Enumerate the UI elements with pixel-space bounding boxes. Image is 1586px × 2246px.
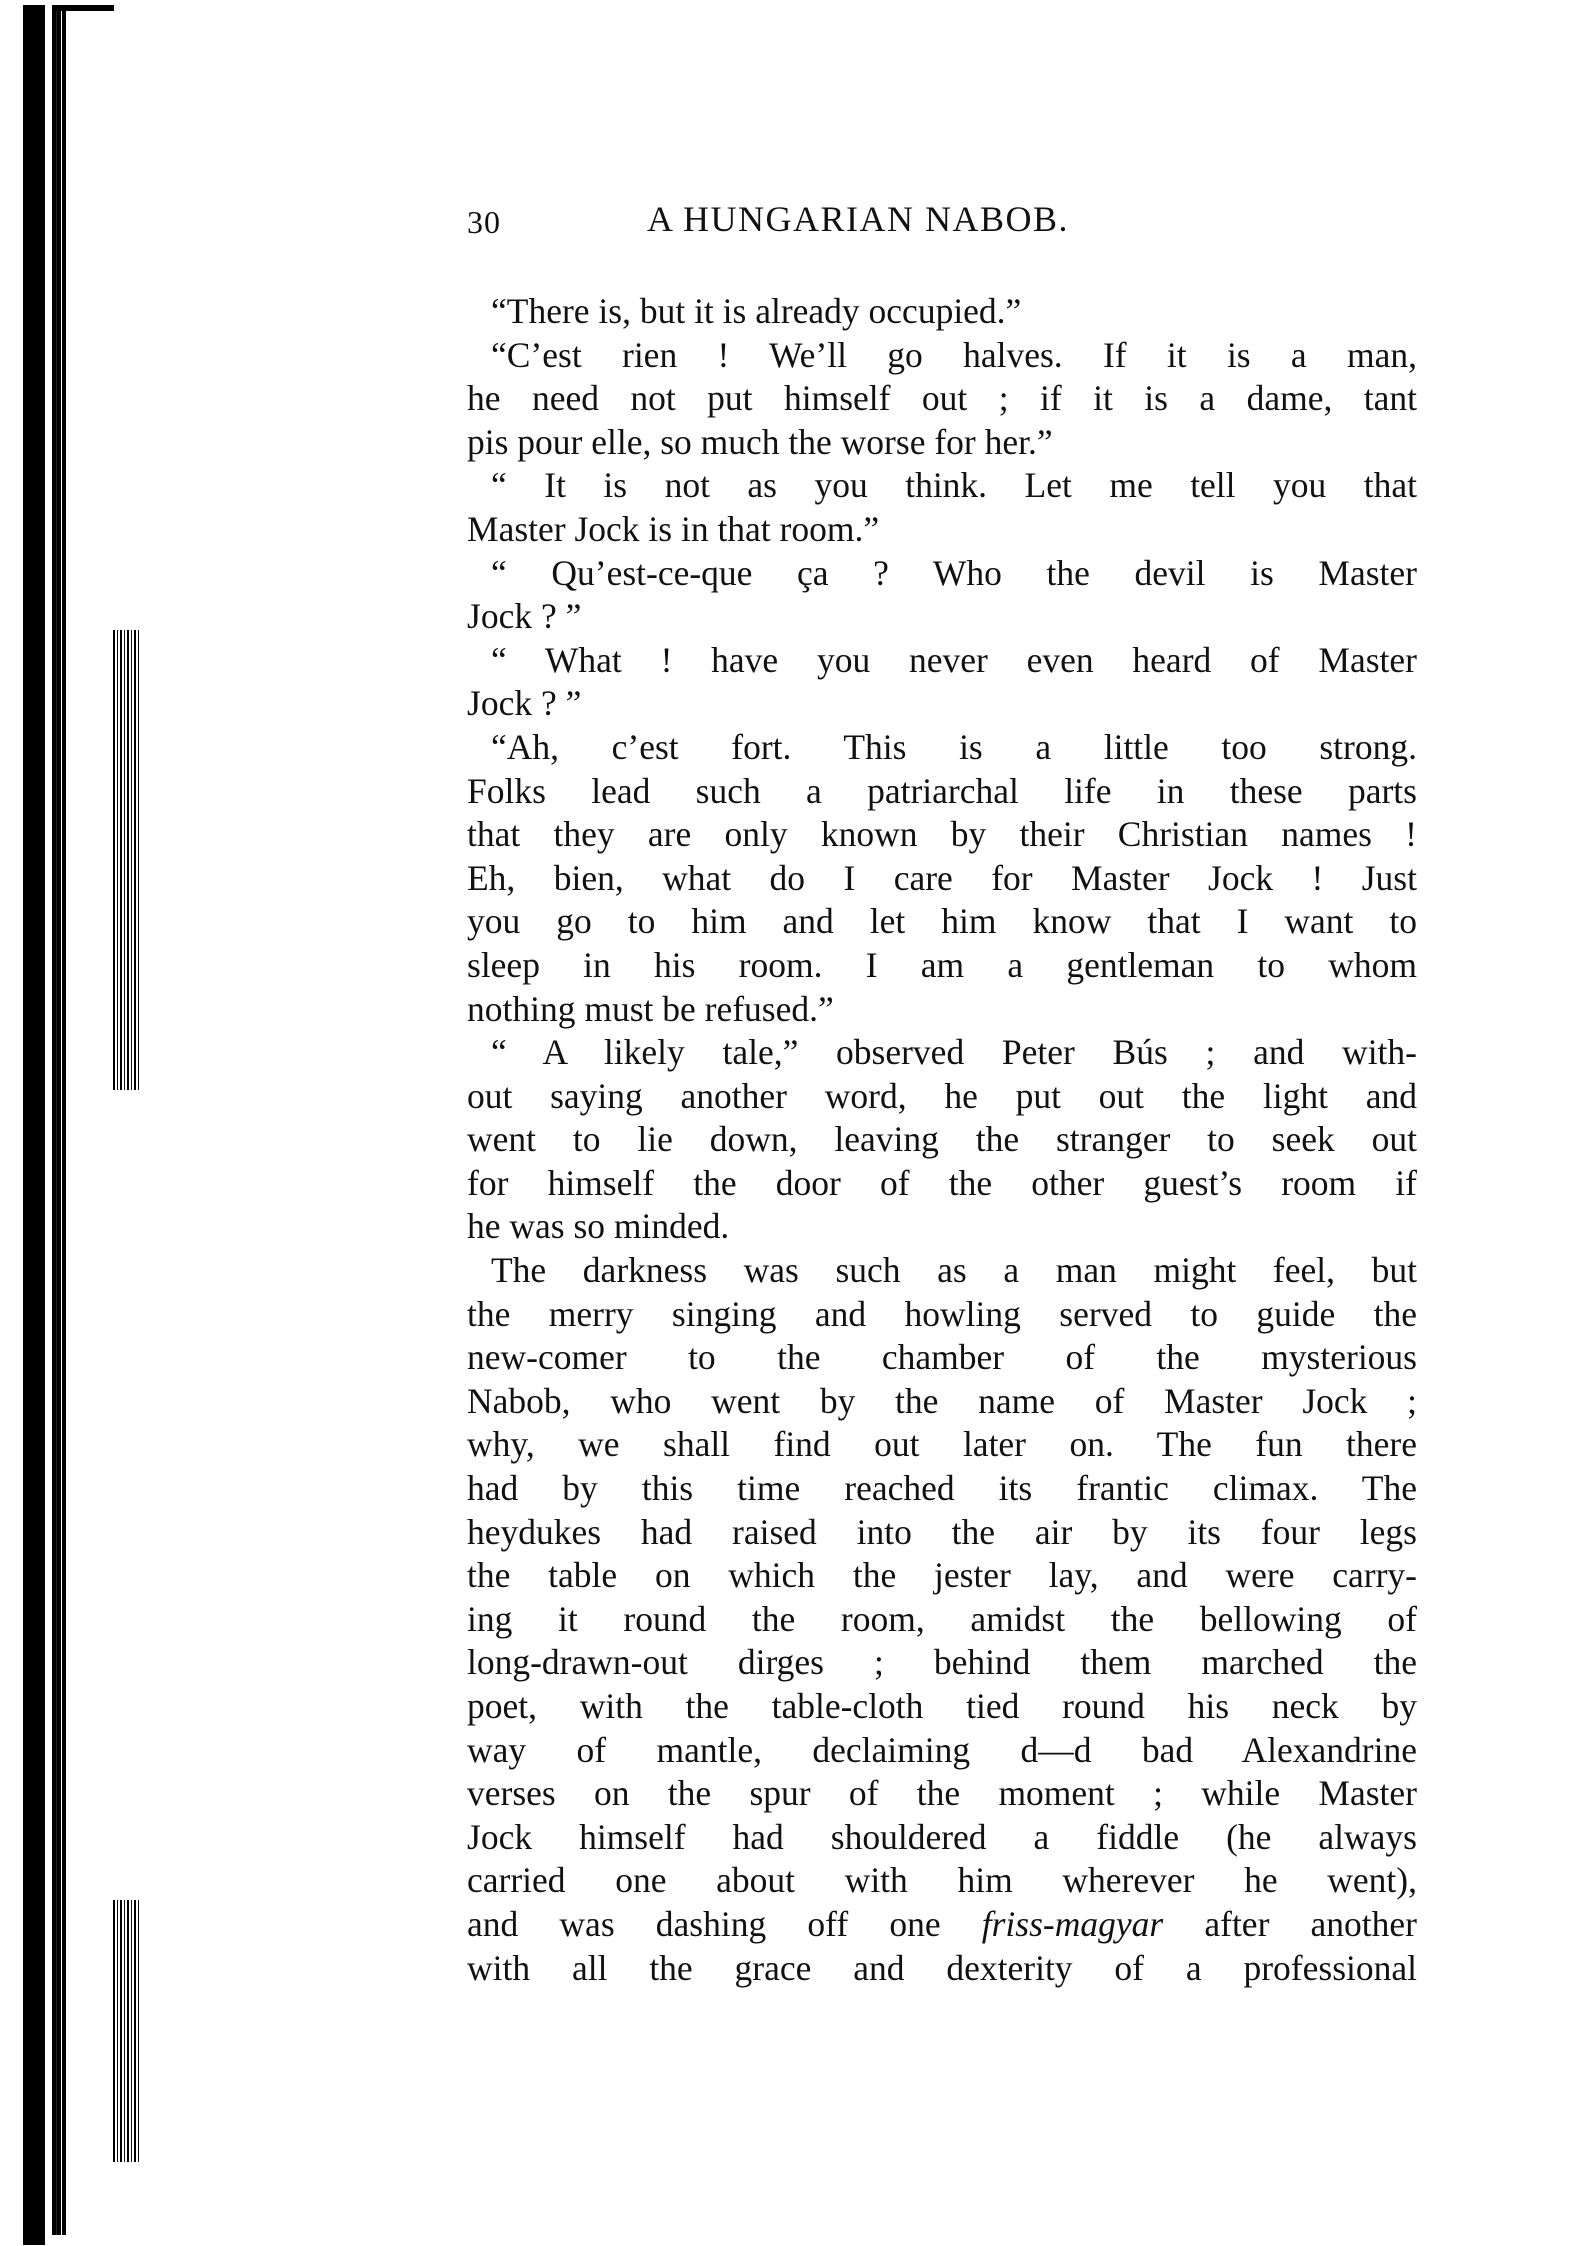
text-line: the merry singing and howling served to … [467, 1293, 1417, 1337]
text-line: Folks lead such a patriarchal life in th… [467, 770, 1417, 814]
text-line: Eh, bien, what do I care for Master Jock… [467, 857, 1417, 901]
text-line: new-comer to the chamber of the mysterio… [467, 1336, 1417, 1380]
text-line: the table on which the jester lay, and w… [467, 1554, 1417, 1598]
running-title: A HUNGARIAN NABOB. [647, 198, 1069, 240]
binding-striation-upper [113, 630, 141, 1090]
text-segment: and was dashing off one [467, 1904, 982, 1944]
running-head: 30 A HUNGARIAN NABOB. [467, 198, 1417, 258]
text-line: sleep in his room. I am a gentleman to w… [467, 944, 1417, 988]
text-line: ing it round the room, amidst the bellow… [467, 1598, 1417, 1642]
text-line: with all the grace and dexterity of a pr… [467, 1947, 1417, 1991]
text-line: went to lie down, leaving the stranger t… [467, 1118, 1417, 1162]
text-line: verses on the spur of the moment ; while… [467, 1772, 1417, 1816]
text-line: Master Jock is in that room.” [467, 508, 1417, 552]
text-line: way of mantle, declaiming d—d bad Alexan… [467, 1729, 1417, 1773]
text-line: carried one about with him wherever he w… [467, 1859, 1417, 1903]
binding-shadow-top-hook [52, 5, 114, 11]
text-line: “ A likely tale,” observed Peter Bús ; a… [467, 1031, 1417, 1075]
text-line: “Ah, c’est fort. This is a little too st… [467, 726, 1417, 770]
text-line: Nabob, who went by the name of Master Jo… [467, 1380, 1417, 1424]
text-line: that they are only known by their Christ… [467, 813, 1417, 857]
text-line: heydukes had raised into the air by its … [467, 1511, 1417, 1555]
text-line: Jock himself had shouldered a fiddle (he… [467, 1816, 1417, 1860]
binding-shadow-inner [52, 5, 66, 2235]
text-line: nothing must be refused.” [467, 988, 1417, 1032]
text-line: pis pour elle, so much the worse for her… [467, 421, 1417, 465]
text-line: he need not put himself out ; if it is a… [467, 377, 1417, 421]
text-line: “There is, but it is already occupied.” [467, 290, 1417, 334]
book-page: 30 A HUNGARIAN NABOB. “There is, but it … [467, 198, 1417, 1990]
italic-foreign-term: friss-magyar [982, 1904, 1163, 1944]
text-line-with-italic: and was dashing off one friss-magyar aft… [467, 1903, 1417, 1947]
page-number: 30 [467, 204, 501, 241]
text-line: “ It is not as you think. Let me tell yo… [467, 464, 1417, 508]
text-line: long-drawn-out dirges ; behind them marc… [467, 1641, 1417, 1685]
body-text: “There is, but it is already occupied.” … [467, 290, 1417, 1990]
text-line: poet, with the table-cloth tied round hi… [467, 1685, 1417, 1729]
text-line: you go to him and let him know that I wa… [467, 900, 1417, 944]
binding-striation-lower [113, 1900, 141, 2162]
text-line: why, we shall find out later on. The fun… [467, 1423, 1417, 1467]
text-line: “ Qu’est-ce-que ça ? Who the devil is Ma… [467, 552, 1417, 596]
text-line: had by this time reached its frantic cli… [467, 1467, 1417, 1511]
text-line: Jock ? ” [467, 682, 1417, 726]
text-line: The darkness was such as a man might fee… [467, 1249, 1417, 1293]
text-line: Jock ? ” [467, 595, 1417, 639]
text-line: for himself the door of the other guest’… [467, 1162, 1417, 1206]
text-line: “C’est rien ! We’ll go halves. If it is … [467, 334, 1417, 378]
text-segment: after another [1163, 1904, 1417, 1944]
text-line: out saying another word, he put out the … [467, 1075, 1417, 1119]
text-line: he was so minded. [467, 1205, 1417, 1249]
text-line: “ What ! have you never even heard of Ma… [467, 639, 1417, 683]
binding-shadow-thick [23, 5, 45, 2245]
